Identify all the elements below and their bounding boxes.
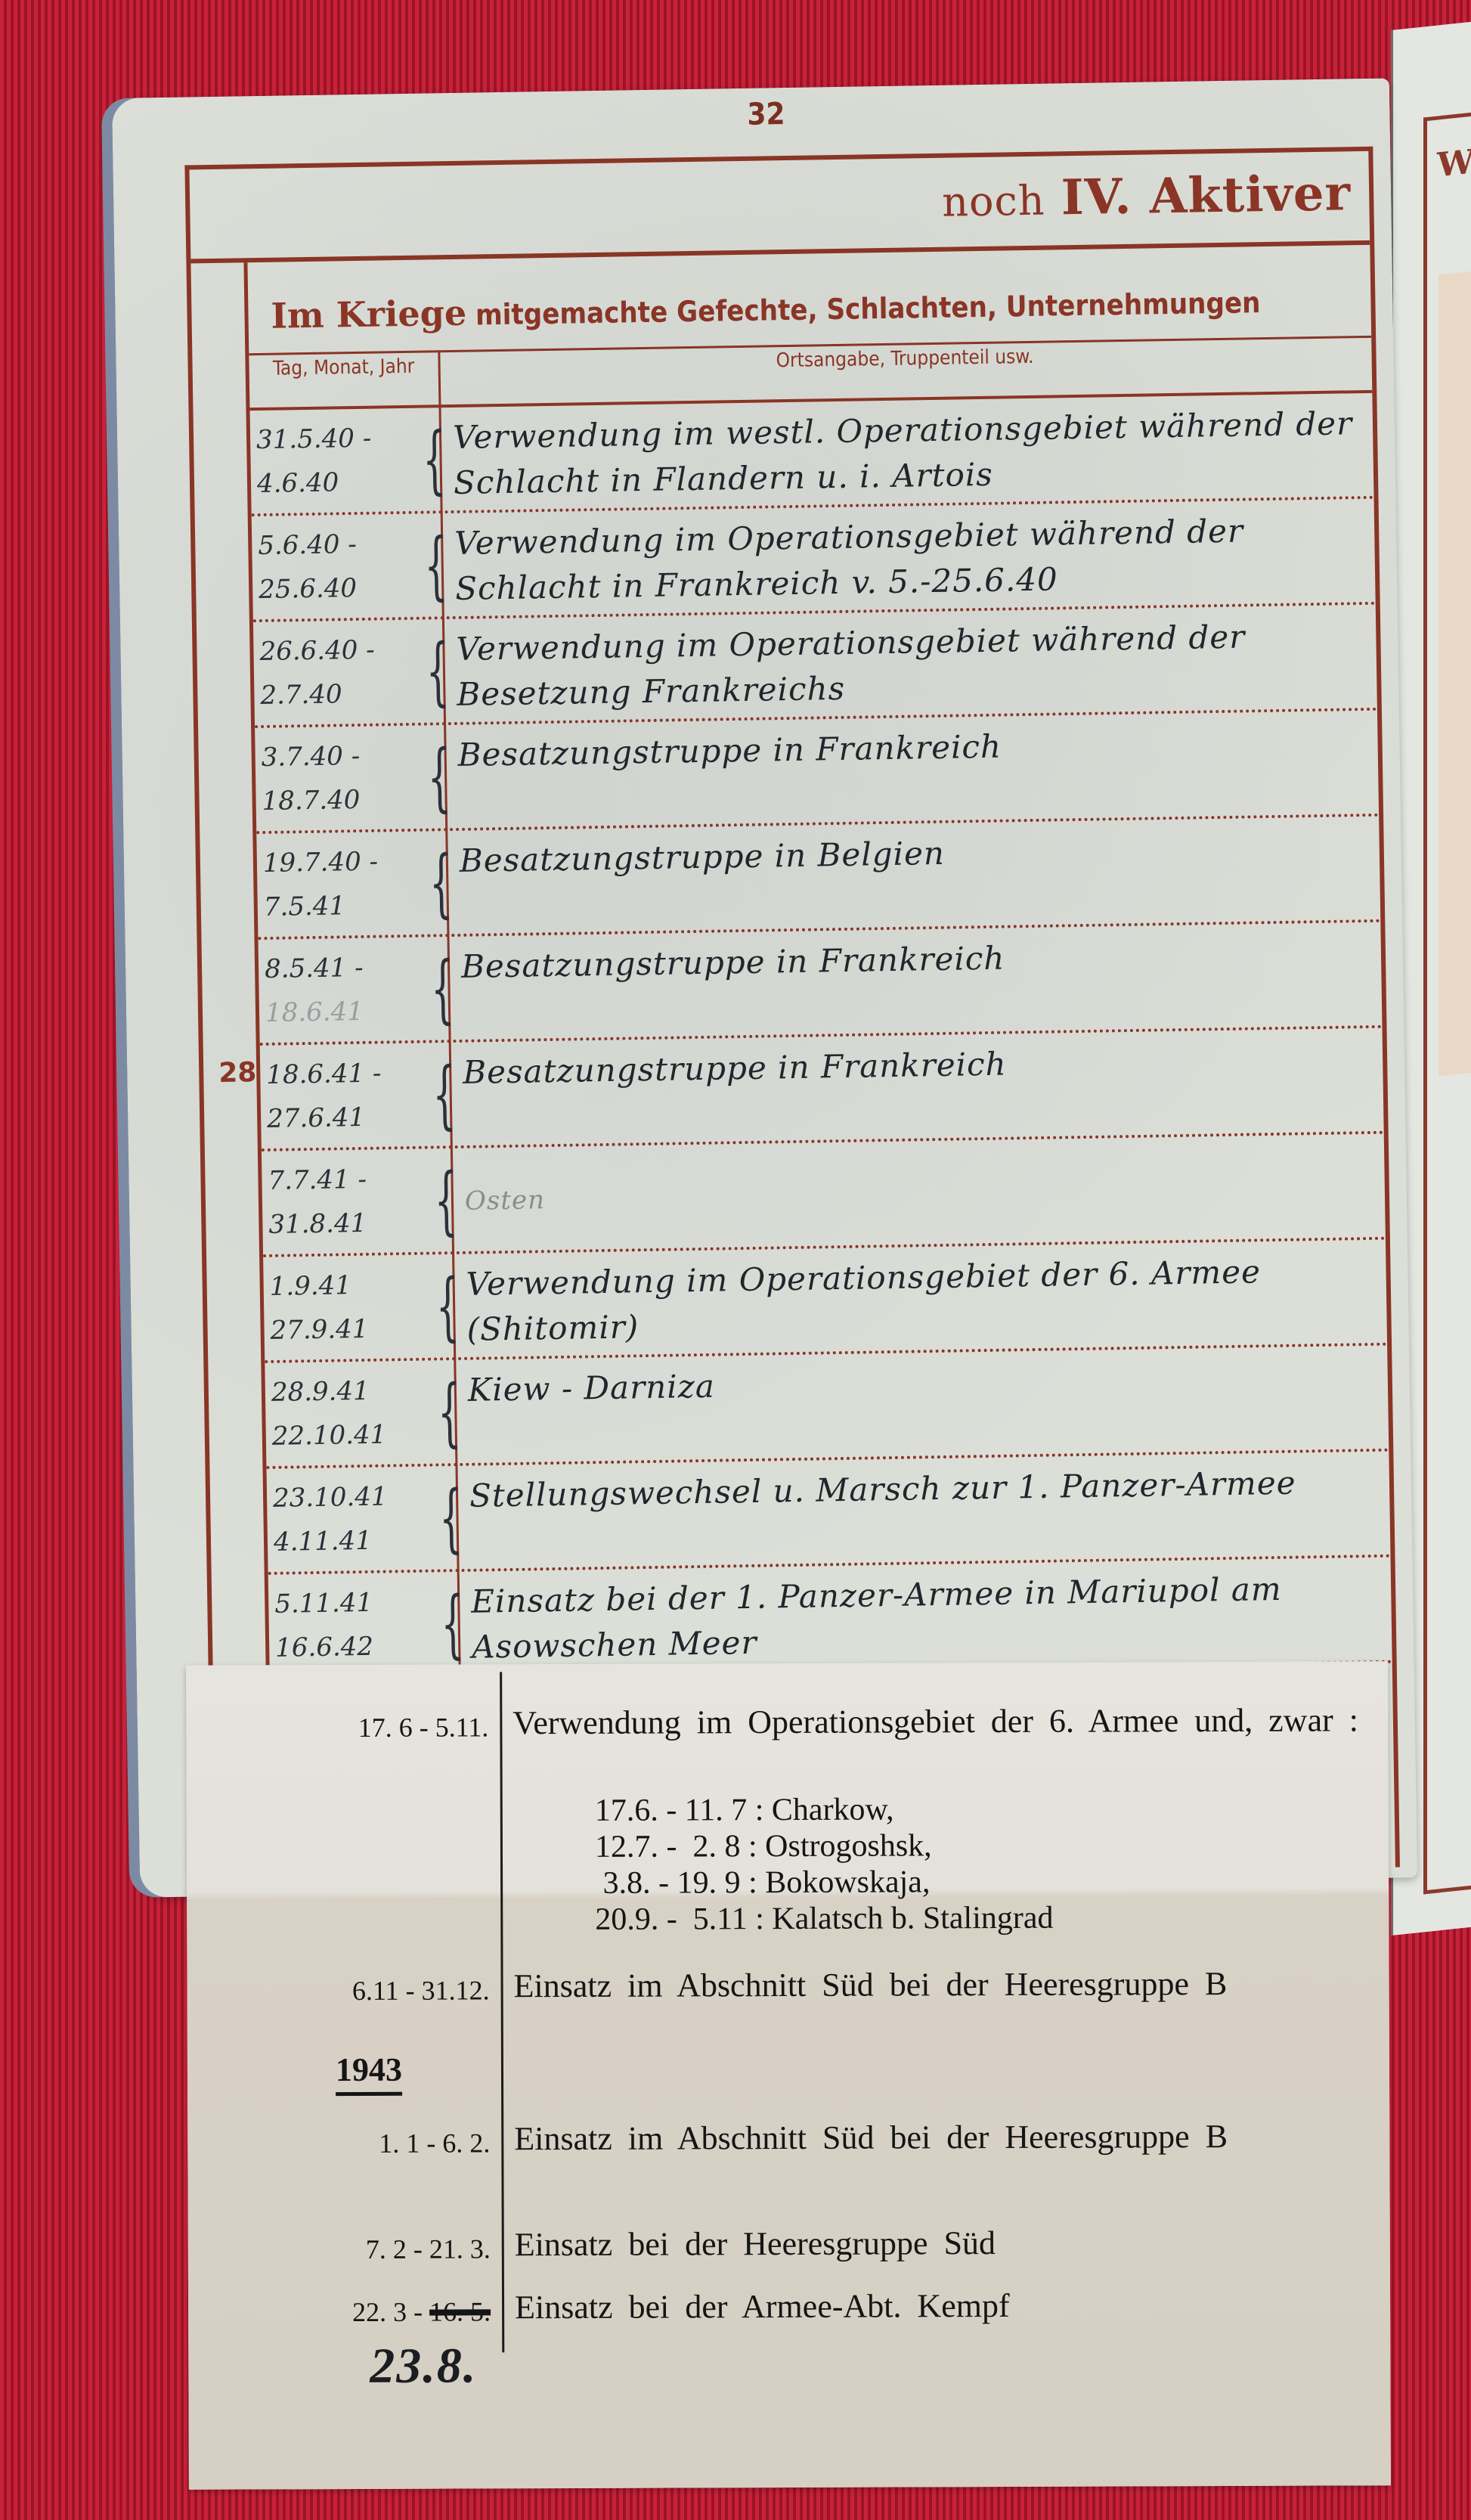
column-header-date: Tag, Monat, Jahr	[249, 355, 438, 380]
entry-list: 31.5.40 -4.6.40{Verwendung im westl. Ope…	[250, 393, 1392, 1681]
entry-text: Stellungswechsel u. Marsch zur 1. Panzer…	[469, 1459, 1378, 1519]
slip-entry-text: Einsatz im Abschnitt Süd bei der Heeresg…	[514, 2116, 1361, 2159]
entry-date-to: 7.5.41	[263, 883, 415, 929]
brace-icon: {	[427, 736, 452, 819]
entry-date-to: 27.6.41	[267, 1095, 419, 1141]
entry-date-to: 18.6.41	[265, 989, 417, 1035]
slip-entry-text: Einsatz bei der Heeresgruppe Süd	[515, 2222, 1361, 2264]
facing-page-fragment: W	[1437, 142, 1471, 184]
entry-row: 28.9.4122.10.41{Kiew - Darniza	[265, 1346, 1389, 1469]
entry-dates: 7.7.41 -31.8.41	[268, 1157, 420, 1247]
slip-sub-entry: 17.6. - 11. 7 : Charkow,	[595, 1792, 894, 1829]
entry-text: Osten	[464, 1142, 1373, 1224]
slip-date: 6.11 - 31.12.	[187, 1974, 490, 2007]
entry-date-from: 19.7.40 -	[262, 839, 414, 885]
entry-date-from: 26.6.40 -	[259, 628, 411, 674]
slip-date-prefix: 22. 3 -	[352, 2297, 423, 2327]
entry-dates: 26.6.40 -2.7.40	[259, 628, 412, 718]
entry-text: Verwendung im Operationsgebiet während d…	[454, 507, 1364, 612]
margin-number: 28	[218, 1057, 257, 1089]
entry-dates: 5.11.4116.6.42	[274, 1580, 427, 1670]
table-frame: Im Kriege mitgemachte Gefechte, Schlacht…	[243, 245, 1395, 1885]
page-number: 32	[747, 97, 785, 132]
typed-insert-slip: 17. 6 - 5.11. Verwendung im Operationsge…	[186, 1661, 1391, 2490]
entry-dates: 23.10.414.11.41	[273, 1474, 426, 1564]
entry-date-from: 31.5.40 -	[256, 416, 408, 462]
section-title: noch IV. Aktiver	[942, 165, 1352, 228]
entry-date-to: 27.9.41	[270, 1306, 422, 1353]
brace-icon: {	[430, 947, 455, 1031]
entry-date-to: 16.6.42	[275, 1624, 427, 1670]
entry-row: 26.6.40 -2.7.40{Verwendung im Operations…	[253, 605, 1377, 728]
entry-date-to: 2.7.40	[260, 671, 412, 718]
entry-text: Einsatz bei der 1. Panzer-Armee in Mariu…	[471, 1565, 1380, 1670]
brace-icon: {	[423, 524, 448, 607]
entry-date-from: 5.11.41	[274, 1580, 426, 1626]
facing-page-patch	[1438, 265, 1471, 1077]
entry-date-from: 1.9.41	[269, 1263, 421, 1309]
entry-dates: 3.7.40 -18.7.40	[261, 733, 413, 823]
entry-row: 31.5.40 -4.6.40{Verwendung im westl. Ope…	[250, 393, 1374, 516]
form-frame: noch IV. Aktiver 28 Im Kriege mitgemacht…	[184, 147, 1400, 1886]
entry-text: Kiew - Darniza	[467, 1353, 1376, 1413]
entry-text: Verwendung im Operationsgebiet während d…	[456, 612, 1365, 718]
entry-date-from: 5.6.40 -	[258, 522, 410, 568]
entry-date-to: 4.11.41	[274, 1518, 426, 1564]
brace-icon: {	[438, 1477, 463, 1560]
slip-date: 17. 6 - 5.11.	[186, 1711, 488, 1744]
entry-row: 5.6.40 -25.6.40{Verwendung im Operations…	[252, 499, 1376, 622]
brace-icon: {	[429, 842, 454, 925]
entry-date-to: 25.6.40	[259, 566, 410, 612]
entry-row: 7.7.41 -31.8.41{Osten	[262, 1134, 1386, 1257]
entry-text: Besatzungstruppe in Belgien	[459, 824, 1367, 884]
entry-row: 3.7.40 -18.7.40{Besatzungstruppe in Fran…	[255, 711, 1379, 834]
entry-date-from: 7.7.41 -	[268, 1157, 420, 1203]
slip-sub-entry: 3.8. - 19. 9 : Bokowskaja,	[595, 1864, 930, 1902]
slip-column-divider	[500, 1672, 504, 2352]
slip-sub-entry: 20.9. - 5.11 : Kalatsch b. Stalingrad	[595, 1900, 1053, 1938]
entry-text: Besatzungstruppe in Frankreich	[463, 1036, 1371, 1096]
entry-dates: 31.5.40 -4.6.40	[256, 416, 409, 506]
brace-icon: {	[434, 1159, 459, 1242]
entry-row: 19.7.40 -7.5.41{Besatzungstruppe in Belg…	[256, 817, 1380, 940]
entry-text: Verwendung im westl. Operationsgebiet wä…	[453, 401, 1362, 506]
entry-text: Verwendung im Operationsgebiet der 6. Ar…	[466, 1248, 1375, 1353]
document-page: 32 noch IV. Aktiver 28 Im Kriege mitgema…	[112, 78, 1417, 1897]
column-header-place: Ortsangabe, Truppenteil usw.	[438, 340, 1371, 377]
entry-date-from: 28.9.41	[271, 1368, 423, 1415]
brace-icon: {	[422, 418, 447, 501]
entry-date-from: 23.10.41	[273, 1474, 425, 1520]
table-heading-bold: Im Kriege	[271, 293, 466, 336]
entry-dates: 8.5.41 -18.6.41	[265, 945, 417, 1035]
entry-date-from: 18.6.41 -	[266, 1051, 418, 1097]
entry-dates: 28.9.4122.10.41	[271, 1368, 423, 1458]
slip-entry-text: Einsatz im Abschnitt Süd bei der Heeresg…	[513, 1964, 1360, 2006]
brace-icon: {	[440, 1582, 465, 1666]
entry-row: 8.5.41 -18.6.41{Besatzungstruppe in Fran…	[259, 922, 1383, 1046]
table-heading-rest: mitgemachte Gefechte, Schlachten, Untern…	[475, 286, 1261, 331]
entry-dates: 18.6.41 -27.6.41	[266, 1051, 419, 1141]
slip-date-struck: 16. 5.	[429, 2296, 491, 2326]
brace-icon: {	[435, 1265, 460, 1348]
slip-date-amended: 22. 3 - 16. 5.	[188, 2295, 491, 2328]
brace-icon: {	[437, 1371, 462, 1454]
slip-entry-text: Einsatz bei der Armee-Abt. Kempf	[515, 2285, 1361, 2327]
entry-dates: 5.6.40 -25.6.40	[258, 522, 410, 612]
entry-row: 23.10.414.11.41{Stellungswechsel u. Mars…	[267, 1452, 1391, 1575]
section-title-text: IV. Aktiver	[1061, 165, 1352, 226]
section-title-prefix: noch	[942, 177, 1045, 226]
entry-dates: 19.7.40 -7.5.41	[262, 839, 415, 929]
entry-date-to: 4.6.40	[257, 460, 409, 506]
entry-date-to: 31.8.41	[268, 1201, 420, 1247]
brace-icon: {	[432, 1053, 457, 1136]
slip-year-heading: 1943	[336, 2050, 402, 2096]
entry-row: 1.9.4127.9.41{Verwendung im Operationsge…	[263, 1240, 1387, 1363]
entry-dates: 1.9.4127.9.41	[269, 1263, 422, 1353]
entry-text: Besatzungstruppe in Frankreich	[457, 718, 1366, 778]
entry-date-to: 18.7.40	[262, 777, 413, 823]
table-heading: Im Kriege mitgemachte Gefechte, Schlacht…	[271, 280, 1261, 336]
slip-date: 7. 2 - 21. 3.	[188, 2233, 491, 2265]
entry-row: 18.6.41 -27.6.41{Besatzungstruppe in Fra…	[260, 1028, 1384, 1152]
entry-text: Besatzungstruppe in Frankreich	[461, 930, 1370, 990]
stamped-date: 23.8.	[370, 2337, 477, 2394]
slip-date: 1. 1 - 6. 2.	[187, 2127, 490, 2159]
slip-sub-entry: 12.7. - 2. 8 : Ostrogoshsk,	[595, 1827, 932, 1865]
brace-icon: {	[426, 630, 451, 713]
slip-entry-text: Verwendung im Operationsgebiet der 6. Ar…	[513, 1700, 1359, 1743]
entry-date-from: 3.7.40 -	[261, 733, 413, 780]
entry-date-to: 22.10.41	[271, 1412, 423, 1458]
entry-date-from: 8.5.41 -	[265, 945, 417, 991]
